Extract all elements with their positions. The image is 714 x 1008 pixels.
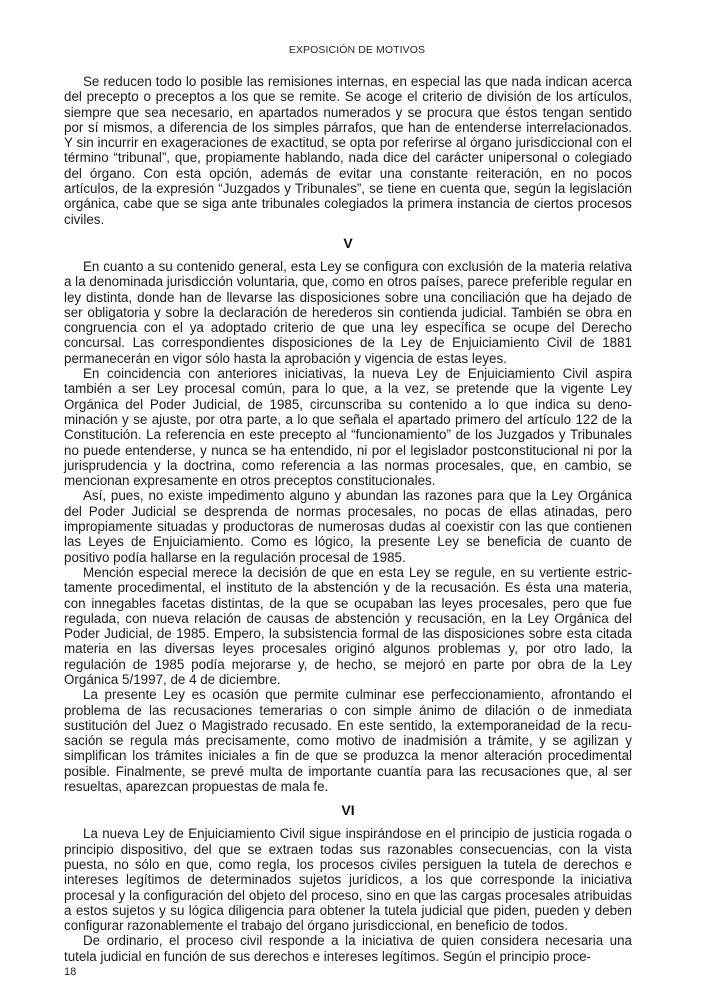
document-page: EXPOSICIÓN DE MOTIVOS Se reducen todo lo… [0, 0, 714, 1008]
running-head: EXPOSICIÓN DE MOTIVOS [0, 44, 714, 56]
paragraph: La nueva Ley de Enjuiciamiento Civil sig… [64, 826, 632, 933]
body-text: Se reducen todo lo posible las remisione… [64, 74, 632, 964]
paragraph: En coincidencia con anteriores iniciativ… [64, 366, 632, 488]
paragraph: De ordinario, el proceso civil responde … [64, 933, 632, 964]
section-heading-v: V [64, 236, 632, 251]
paragraph: Así, pues, no existe impedimento alguno … [64, 488, 632, 564]
page-number: 18 [64, 966, 76, 978]
paragraph: Se reducen todo lo posible las remisione… [64, 74, 632, 227]
paragraph: En cuanto a su contenido general, esta L… [64, 259, 632, 366]
paragraph: Mención especial merece la decisión de q… [64, 565, 632, 687]
section-heading-vi: VI [64, 803, 632, 818]
paragraph: La presente Ley es ocasión que permite c… [64, 687, 632, 794]
